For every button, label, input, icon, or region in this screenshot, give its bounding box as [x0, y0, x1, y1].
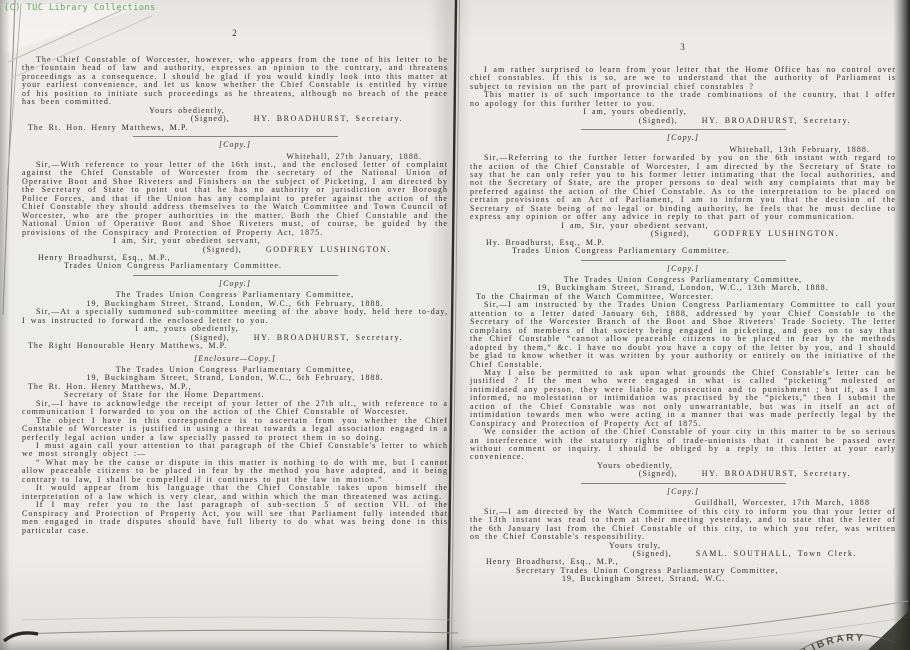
paragraph: This matter is of such importance to the…	[470, 91, 896, 108]
copy-heading: [Enclosure—Copy.]	[22, 355, 448, 363]
addressee-line: The Rt. Hon. Henry Matthews, M.P.	[22, 124, 448, 132]
signed-label: (Signed),	[639, 117, 678, 125]
paragraph: I must again call your attention to that…	[22, 442, 448, 459]
paragraph: The Chief Constable of Worcester, howeve…	[22, 56, 448, 107]
copy-heading: [Copy.]	[22, 280, 448, 288]
copy-heading: [Copy.]	[470, 488, 896, 496]
signatory-name: SAML. SOUTHALL, Town Clerk.	[696, 550, 857, 558]
paragraph: If I may refer you to the last paragraph…	[22, 501, 448, 535]
signature-line: (Signed),HY. BROADHURST, Secretary.	[532, 117, 910, 125]
paragraph: “ What may be the cause or dispute in th…	[22, 459, 448, 484]
signatory-name: HY. BROADHURST, Secretary.	[254, 115, 403, 123]
addressee-line: 19, Buckingham Street, Strand, W.C.	[470, 575, 896, 583]
signed-label: (Signed),	[651, 230, 690, 238]
copy-heading: [Copy.]	[22, 141, 448, 149]
page-body: I am rather surprised to learn from your…	[470, 66, 896, 584]
signed-label: (Signed),	[203, 246, 242, 254]
signature-line: (Signed),SAML. SOUTHALL, Town Clerk.	[532, 550, 910, 558]
paragraph: Sir,—Referring to the further letter for…	[470, 154, 896, 222]
paragraph: May I also be permitted to ask upon what…	[470, 369, 896, 428]
signatory-name: GODFREY LUSHINGTON.	[266, 246, 391, 254]
signed-label: (Signed),	[639, 470, 678, 478]
separator-rule	[133, 136, 338, 137]
page-number: 2	[22, 28, 448, 38]
signatory-name: HY. BROADHURST, Secretary.	[254, 334, 403, 342]
separator-rule	[581, 260, 786, 261]
signatory-name: HY. BROADHURST, Secretary.	[702, 470, 851, 478]
signature-line: (Signed),HY. BROADHURST, Secretary.	[84, 334, 510, 342]
bottom-scan-shadow	[0, 638, 910, 650]
paragraph: Sir,—At a specially summoned sub-committ…	[22, 308, 448, 325]
watermark: (C) TUC Library Collections	[4, 3, 156, 13]
signature-line: (Signed),GODFREY LUSHINGTON.	[532, 230, 910, 238]
signature-line: (Signed),HY. BROADHURST, Secretary.	[532, 470, 910, 478]
paragraph: The object I have in this correspondence…	[22, 417, 448, 442]
signed-label: (Signed),	[633, 550, 672, 558]
page-number: 3	[470, 42, 896, 52]
addressee-line: Trades Union Congress Parliamentary Comm…	[22, 262, 448, 270]
paragraph: Sir,—I am directed by the Watch Committe…	[470, 508, 896, 542]
signatory-name: HY. BROADHURST, Secretary.	[702, 117, 851, 125]
scanned-document: (C) TUC Library Collections 2 The Chief …	[0, 0, 910, 650]
addressee-line: Trades Union Congress Parliamentary Comm…	[470, 247, 896, 255]
paragraph: Sir,—With reference to your letter of th…	[22, 161, 448, 237]
separator-rule	[133, 275, 338, 276]
paragraph: Sir,—I am instructed by the Trades Union…	[470, 301, 896, 369]
page-right: 3 I am rather surprised to learn from yo…	[470, 66, 896, 584]
signatory-name: GODFREY LUSHINGTON.	[714, 230, 839, 238]
paragraph: We consider the action of the Chief Cons…	[470, 428, 896, 462]
paragraph: Sir,—I have to acknowledge the receipt o…	[22, 400, 448, 417]
copy-heading: [Copy.]	[470, 265, 896, 273]
paragraph: I am rather surprised to learn from your…	[470, 66, 896, 91]
addressee-line: The Right Honourable Henry Matthews, M.P…	[22, 342, 448, 350]
signature-line: (Signed),GODFREY LUSHINGTON.	[84, 246, 510, 254]
signed-label: (Signed),	[191, 115, 230, 123]
separator-rule	[581, 129, 786, 130]
copy-heading: [Copy.]	[470, 134, 896, 142]
page-body: The Chief Constable of Worcester, howeve…	[22, 56, 448, 535]
separator-rule	[581, 483, 786, 484]
signed-label: (Signed),	[191, 334, 230, 342]
paragraph: It would appear from his language that t…	[22, 484, 448, 501]
page-left: 2 The Chief Constable of Worcester, howe…	[22, 56, 448, 535]
